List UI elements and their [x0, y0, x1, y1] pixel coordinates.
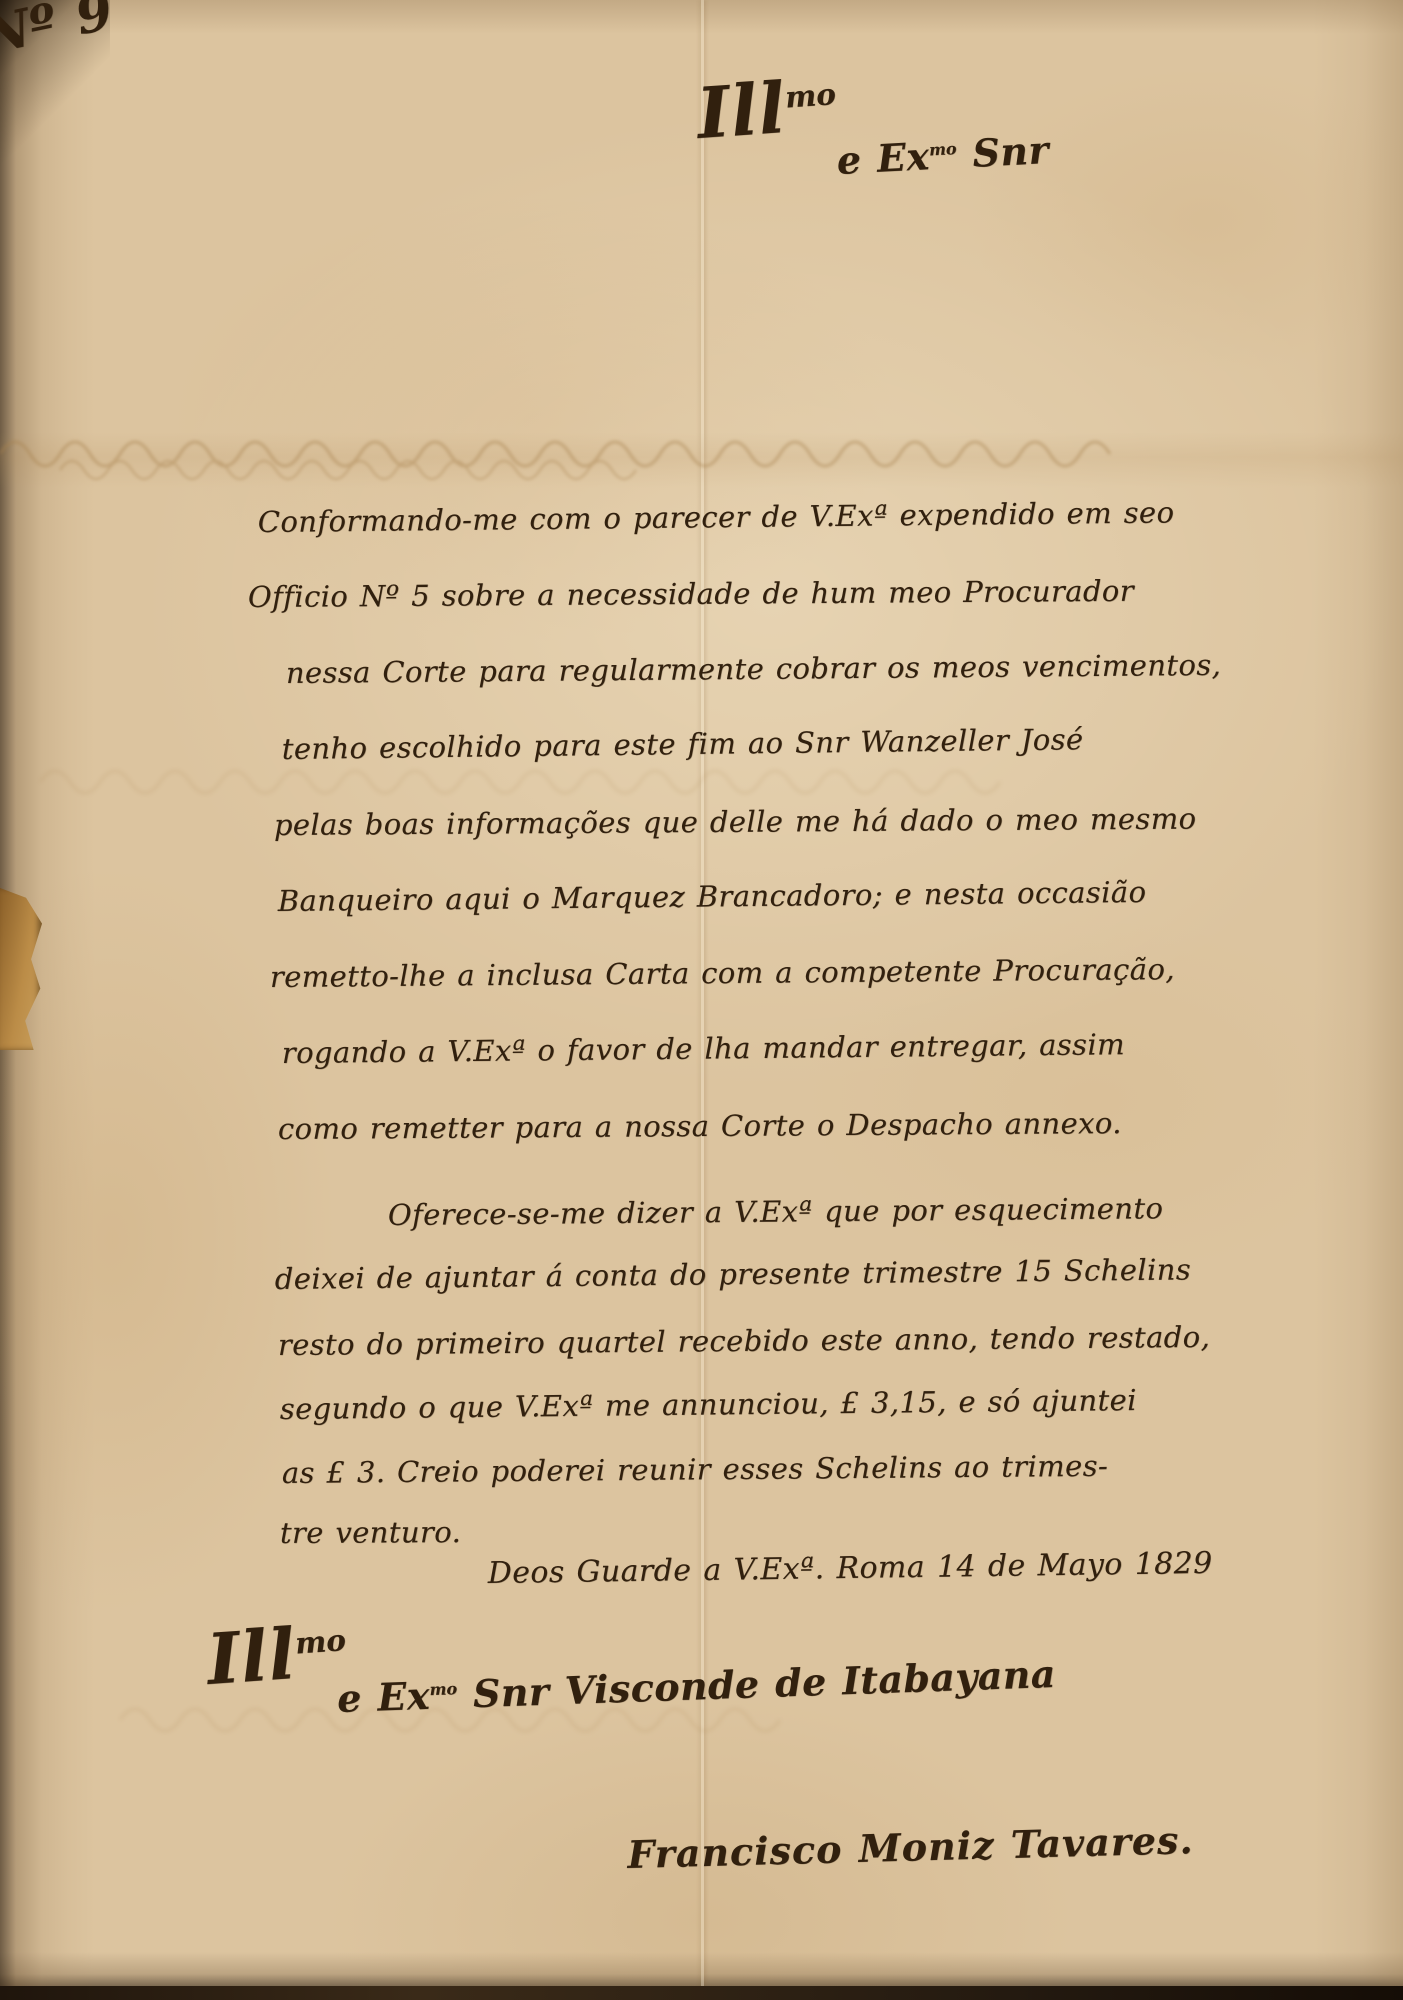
letter-body-line: tre venturo.	[280, 1515, 461, 1550]
salutation-exmo-pre: e Ex	[836, 133, 931, 183]
letter-body-line: como remetter para a nossa Corte o Despa…	[278, 1106, 1122, 1146]
letter-body-line: Officio Nº 5 sobre a necessidade de hum …	[248, 574, 1134, 614]
page-bottom-edge	[0, 1986, 1403, 2000]
letter-body-line: pelas boas informações que delle me há d…	[274, 802, 1197, 842]
salutation-illmo-main: Ill	[694, 66, 789, 155]
salutation-exmo-superscript: mo	[929, 139, 957, 159]
addressee-exmo-pre: e Ex	[336, 1673, 430, 1721]
addressee-exmo-superscript: mo	[429, 1679, 457, 1699]
addressee-illmo: Illmo	[204, 1608, 349, 1701]
bleedthrough-ghost-text	[0, 412, 1120, 482]
salutation-snr: Snr	[971, 127, 1050, 176]
salutation-illmo: Illmo	[694, 62, 839, 155]
scanned-letter-page: { "colors": { "paper": "#dcc49f", "ink":…	[0, 0, 1403, 2000]
addressee-illmo-superscript: mo	[294, 1622, 347, 1660]
salutation-illmo-superscript: mo	[784, 76, 837, 114]
letter-body-line: Oferece-se-me dizer a V.Exª que por esqu…	[388, 1191, 1164, 1232]
letter-body-line: as £ 3. Creio poderei reunir esses Schel…	[282, 1449, 1109, 1490]
addressee-illmo-main: Ill	[204, 1612, 299, 1701]
